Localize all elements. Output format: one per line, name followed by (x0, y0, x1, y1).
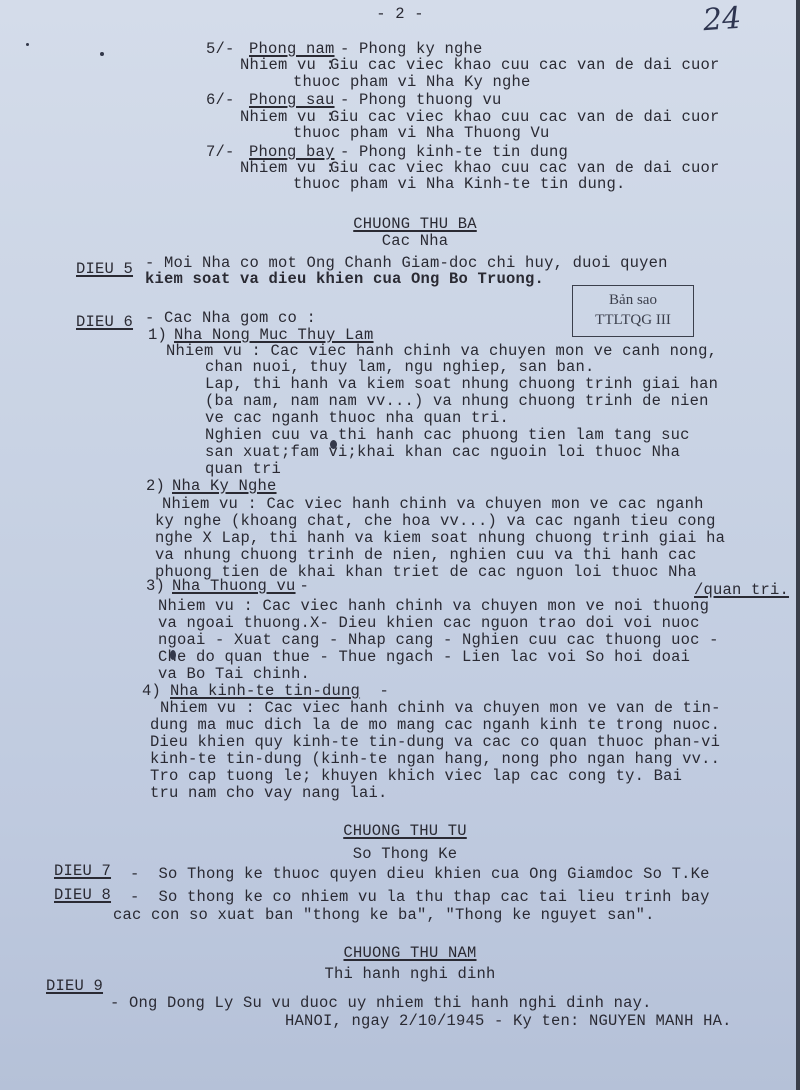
nha-text: Lap, thi hanh va kiem soat nhung chuong … (205, 376, 718, 393)
chapter-subheading: Thi hanh nghi dinh (0, 966, 800, 983)
ink-blot (170, 650, 176, 660)
nha-name: Nha kinh-te tin-dung (170, 683, 360, 700)
nha-text: ngoai - Xuat cang - Nhap cang - Nghien c… (158, 632, 719, 649)
article-label: DIEU 9 (46, 978, 103, 995)
article-label: DIEU 7 (54, 863, 111, 880)
duty-text: thuoc pham vi Nha Kinh-te tin dung. (293, 176, 626, 193)
signature-line: HANOI, ngay 2/10/1945 - Ky ten: NGUYEN M… (285, 1013, 732, 1030)
chapter-subheading: So Thong Ke (0, 846, 800, 863)
article-text: - Cac Nha gom co : (145, 310, 316, 327)
item-number: 7/- (206, 144, 235, 161)
nha-number: 3) (146, 578, 165, 595)
nha-text: Nhiem vu : Cac viec hanh chinh va chuyen… (158, 598, 709, 615)
nha-text: Che do quan thue - Thue ngach - Lien lac… (158, 649, 690, 666)
nha-number: 1) (148, 327, 167, 344)
nha-text: Dieu khien quy kinh-te tin-dung va cac c… (150, 734, 720, 751)
item-number: 5/- (206, 41, 235, 58)
article-text: - So Thong ke thuoc quyen dieu khien cua… (130, 866, 710, 883)
nha-suffix: - (370, 683, 389, 700)
ink-blot (330, 440, 337, 449)
item-name: Phong sau (249, 92, 335, 109)
nha-text: chan nuoi, thuy lam, ngu nghiep, san ban… (205, 359, 595, 376)
article-text: - Ong Dong Ly Su vu duoc uy nhiem thi ha… (110, 995, 652, 1012)
nha-text: dung ma muc dich la de mo mang cac nganh… (150, 717, 720, 734)
nha-text: Nhiem vu : Cac viec hanh chinh va chuyen… (160, 700, 721, 717)
duty-label: Nhiem vu : (240, 57, 335, 74)
nha-text: va Bo Tai chinh. (158, 666, 310, 683)
nha-number: 4) (142, 683, 161, 700)
nha-text: ky nghe (khoang chat, che hoa vv...) va … (155, 513, 716, 530)
article-label: DIEU 8 (54, 887, 111, 904)
article-text: kiem soat va dieu khien cua Ong Bo Truon… (145, 271, 544, 288)
nha-text: kinh-te tin-dung (kinh-te ngan hang, non… (150, 751, 720, 768)
nha-name: Nha Thuong vu (172, 578, 296, 595)
article-text: cac con so xuat ban "thong ke ba", "Thon… (113, 907, 655, 924)
nha-text: va ngoai thuong.X- Dieu khien cac nguon … (158, 615, 700, 632)
article-label: DIEU 5 (76, 261, 133, 278)
page-number: - 2 - (0, 6, 800, 23)
article-text: - So thong ke co nhiem vu la thu thap ca… (130, 889, 710, 906)
stamp-line: Bản sao (573, 290, 693, 310)
item-number: 6/- (206, 92, 235, 109)
nha-text: nghe X Lap, thi hanh va kiem soat nhung … (155, 530, 725, 547)
nha-text: ve cac nganh thuoc nha quan tri. (205, 410, 509, 427)
nha-text: quan tri (205, 461, 281, 478)
chapter-heading: CHUONG THU TU (0, 823, 800, 840)
ink-speck (26, 43, 29, 46)
page-edge (796, 0, 800, 1090)
document-page: - 2 - 24 5/- Phong nam - Phong ky nghe N… (0, 0, 800, 1090)
nha-text: Nghien cuu va thi hanh cac phuong tien l… (205, 427, 690, 444)
nha-text: Tro cap tuong le; khuyen khich viec lap … (150, 768, 682, 785)
ink-speck (100, 52, 104, 56)
stamp-line: TTLTQG III (573, 310, 693, 330)
nha-text: san xuat;fam vi;khai khan cac nguoin loi… (205, 444, 680, 461)
article-label: DIEU 6 (76, 314, 133, 331)
item-title: - Phong thuong vu (340, 92, 502, 109)
nha-name: Nha Ky Nghe (172, 478, 277, 495)
chapter-heading: CHUONG THU BA (0, 216, 800, 233)
chapter-subheading: Cac Nha (0, 233, 800, 250)
archive-stamp: Bản sao TTLTQG III (572, 285, 694, 337)
duty-text: thuoc pham vi Nha Thuong Vu (293, 125, 550, 142)
chapter-heading: CHUONG THU NAM (0, 945, 800, 962)
handwritten-folio-number: 24 (702, 1, 743, 39)
duty-text: thuoc pham vi Nha Ky nghe (293, 74, 531, 91)
nha-text: (ba nam, nam nam vv...) va nhung chuong … (205, 393, 709, 410)
nha-text: va nhung chuong trinh de nien, nghien cu… (155, 547, 697, 564)
nha-suffix: - (290, 578, 309, 595)
duty-text: Giu cac viec khao cuu cac van de dai cuo… (330, 57, 720, 74)
nha-text: tru nam cho vay nang lai. (150, 785, 388, 802)
nha-number: 2) (146, 478, 165, 495)
nha-text: Nhiem vu : Cac viec hanh chinh va chuyen… (162, 496, 704, 513)
